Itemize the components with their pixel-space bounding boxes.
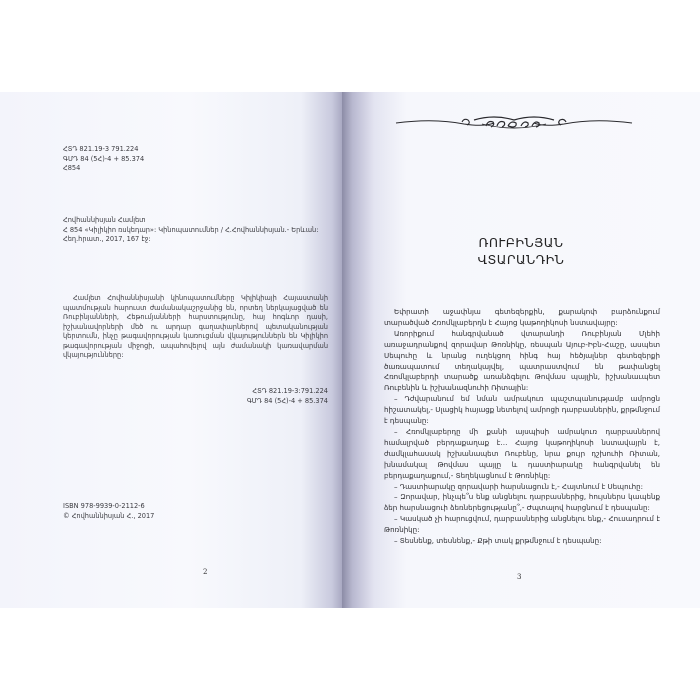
right-page: ՌՈՒԲԻՆՅԱՆ ՎՏԱՐԱՆԴԻՆ Եփրատի աջափնյա գետեզ… xyxy=(342,92,700,608)
udc-code-bottom: ՀՏԴ 821.19-3:791.224 xyxy=(200,387,328,397)
udc-code: ՀՏԴ 821.19-3 791.224 xyxy=(63,145,144,155)
page-number-left: 2 xyxy=(203,568,207,576)
left-page: ՀՏԴ 821.19-3 791.224 ԳՄԴ 84 (5Հ)-4 + 85.… xyxy=(0,92,342,608)
paragraph: Առորիքում հանգրվանած վտարանդի Ռուբինյան … xyxy=(384,329,660,394)
chapter-title-line2: ՎՏԱՐԱՆԴԻՆ xyxy=(342,251,700,268)
bbk-code: ԳՄԴ 84 (5Հ)-4 + 85.374 xyxy=(63,155,144,165)
record-title-line: Հ 854 «Կիլիկիո ռսկեդար»: Կինոպատումներ /… xyxy=(63,226,328,236)
flourish-ornament-icon xyxy=(394,108,634,138)
paragraph: – Դժվարանում եմ նման ամրակուռ պաշտպանութ… xyxy=(384,394,660,427)
bibliographic-record: Հովհաննիսյան Համլետ Հ 854 «Կիլիկիո ռսկեդ… xyxy=(63,216,328,245)
chapter-title: ՌՈՒԲԻՆՅԱՆ ՎՏԱՐԱՆԴԻՆ xyxy=(342,234,700,268)
record-author: Հովհաննիսյան Համլետ xyxy=(63,216,328,226)
record-publisher-line: Հեղ.հրատ., 2017, 167 էջ: xyxy=(63,235,328,245)
chapter-body: Եփրատի աջափնյա գետեզերքին, քարակոփ բարձո… xyxy=(384,307,660,547)
chapter-title-line1: ՌՈՒԲԻՆՅԱՆ xyxy=(342,234,700,251)
paragraph: – Զորավար, ինչպե՞ս ենք անցնելու դարբասնե… xyxy=(384,492,660,514)
isbn: ISBN 978-9939-0-2112-6 xyxy=(63,502,154,512)
catalog-codes-top: ՀՏԴ 821.19-3 791.224 ԳՄԴ 84 (5Հ)-4 + 85.… xyxy=(63,145,144,174)
annotation: Համլետ Հովհաննիսյանի կինոպատումները Կիլի… xyxy=(63,294,328,361)
paragraph: – Կասկած չի հարուցվում, դարբասներից անցն… xyxy=(384,514,660,536)
catalog-codes-bottom: ՀՏԴ 821.19-3:791.224 ԳՄԴ 84 (5Հ)-4 + 85.… xyxy=(200,387,328,406)
annotation-text: Համլետ Հովհաննիսյանի կինոպատումները Կիլի… xyxy=(63,294,328,361)
paragraph: – Հռոմկլաբերդը մի քանի այսպիսի ամրակուռ … xyxy=(384,427,660,482)
paragraph: – Դաստիարակը զորավարի հարսնացուն է,- Հայ… xyxy=(384,482,660,493)
paragraph: Եփրատի աջափնյա գետեզերքին, քարակոփ բարձո… xyxy=(384,307,660,329)
paragraph: – Տեսնենք, տեսնենք,- Քթի տակ քրթմնջում է… xyxy=(384,536,660,547)
bbk-code-bottom: ԳՄԴ 84 (5Հ)-4 + 85.374 xyxy=(200,397,328,407)
book-spread: ՀՏԴ 821.19-3 791.224 ԳՄԴ 84 (5Հ)-4 + 85.… xyxy=(0,92,700,608)
isbn-block: ISBN 978-9939-0-2112-6 © Հովհաննիսյան Հ.… xyxy=(63,502,154,521)
author-mark: Հ854 xyxy=(63,164,144,174)
page-number-right: 3 xyxy=(517,573,521,581)
copyright: © Հովհաննիսյան Հ., 2017 xyxy=(63,512,154,522)
